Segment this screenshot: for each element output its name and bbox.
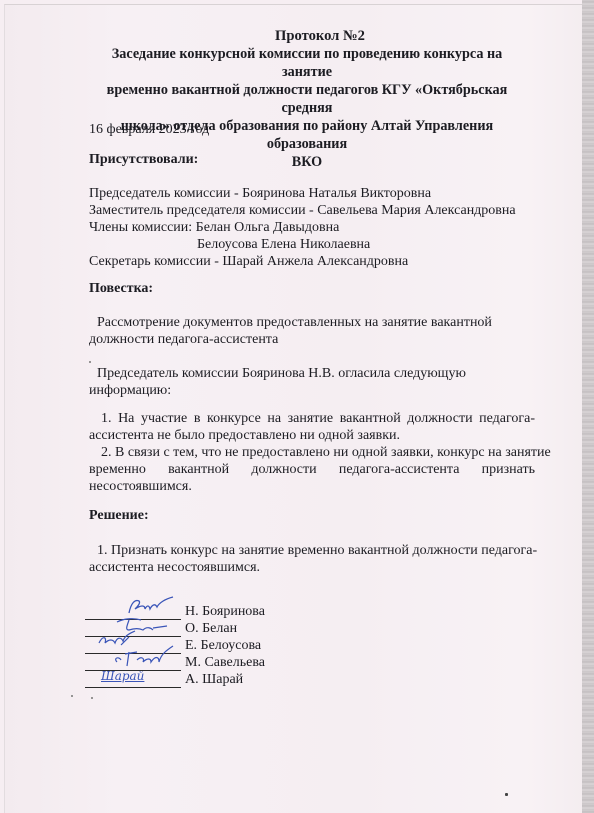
subtitle-line: Заседание конкурсной комиссии по проведе… <box>85 45 529 81</box>
handwritten-signature-icon <box>95 644 185 670</box>
meeting-date: 16 февраля 2023 год <box>89 121 209 139</box>
subtitle-line: временно вакантной должности педагогов К… <box>85 81 529 117</box>
decision-line: ассистента несостоявшимся. <box>89 559 260 577</box>
scanner-edge <box>582 0 594 813</box>
handwritten-signature: Шарай <box>101 669 144 683</box>
point-1-line1: 1. На участие в конкурсе на занятие вака… <box>101 410 535 428</box>
deputy-chair-line: Заместитель председателя комиссии - Саве… <box>89 202 516 220</box>
scan-speck <box>89 361 91 363</box>
chair-line: Председатель комиссии - Бояринова Наталь… <box>89 185 431 203</box>
point-2-line2: временно вакантной должности педагога-ас… <box>89 461 535 479</box>
members-line: Члены комиссии: Белан Ольга Давыдовна <box>89 219 339 237</box>
protocol-title: Протокол №2 <box>111 27 529 45</box>
signatory-name: М. Савельева <box>185 654 265 672</box>
scanned-page: Протокол №2 Заседание конкурсной комисси… <box>4 4 583 813</box>
present-heading: Присутствовали: <box>89 151 198 169</box>
scan-speck <box>71 695 73 697</box>
decision-heading: Решение: <box>89 507 149 525</box>
agenda-text-line: Рассмотрение документов предоставленных … <box>97 314 492 332</box>
decision-line: 1. Признать конкурс на занятие временно … <box>97 542 537 560</box>
scan-speck <box>91 697 93 699</box>
signature-row: Шарай А. Шарай <box>85 673 345 689</box>
signatory-name: Н. Бояринова <box>185 603 265 621</box>
scan-speck <box>505 793 508 796</box>
agenda-heading: Повестка: <box>89 280 153 298</box>
signatory-name: А. Шарай <box>185 671 243 689</box>
announcement-line: Председатель комиссии Бояринова Н.В. огл… <box>97 365 466 383</box>
point-2-line1: 2. В связи с тем, что не предоставлено н… <box>101 444 551 462</box>
agenda-text-line: должности педагога-ассистента <box>89 331 278 349</box>
announcement-line: информацию: <box>89 382 171 400</box>
signatory-name: Е. Белоусова <box>185 637 261 655</box>
signature-line <box>85 687 181 688</box>
document-header: Протокол №2 Заседание конкурсной комисси… <box>85 27 529 171</box>
signatory-name: О. Белан <box>185 620 237 638</box>
point-1-line2: ассистента не было предоставлено ни одно… <box>89 427 400 445</box>
member-line: Белоусова Елена Николаевна <box>197 236 370 254</box>
point-2-line3: несостоявшимся. <box>89 478 192 496</box>
secretary-line: Секретарь комиссии - Шарай Анжела Алекса… <box>89 253 408 271</box>
